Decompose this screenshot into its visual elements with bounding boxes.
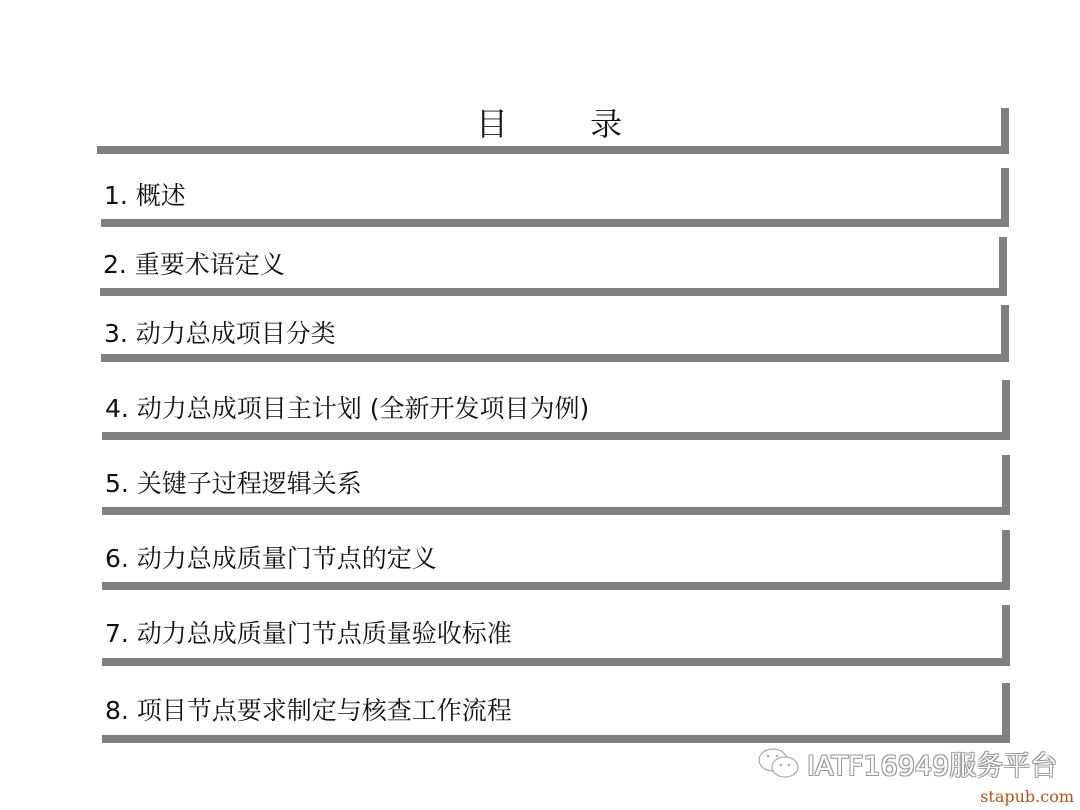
toc-item-1[interactable]: 1. 概述 [101,168,1009,227]
toc-item-label: 8. 项目节点要求制定与核查工作流程 [105,691,512,727]
toc-item-label: 6. 动力总成质量门节点的定义 [105,539,437,575]
toc-item-4[interactable]: 4. 动力总成项目主计划 (全新开发项目为例) [102,380,1010,440]
toc-item-2[interactable]: 2. 重要术语定义 [100,237,1007,296]
toc-item-label: 7. 动力总成质量门节点质量验收标准 [105,614,512,650]
toc-title-box: 目 录 [97,108,1009,154]
toc-title: 目 录 [97,106,1001,142]
toc-item-label: 5. 关键子过程逻辑关系 [105,464,362,500]
toc-item-label: 4. 动力总成项目主计划 (全新开发项目为例) [105,389,589,425]
site-watermark: stapub.com [980,787,1074,806]
toc-item-8[interactable]: 8. 项目节点要求制定与核查工作流程 [102,683,1010,743]
toc-item-label: 3. 动力总成项目分类 [104,314,336,350]
toc-item-6[interactable]: 6. 动力总成质量门节点的定义 [102,530,1010,590]
watermark: IATF16949服务平台 [757,744,1057,783]
toc-item-5[interactable]: 5. 关键子过程逻辑关系 [102,455,1010,515]
watermark-text: IATF16949服务平台 [807,744,1057,783]
toc-item-label: 2. 重要术语定义 [103,245,285,281]
toc-item-3[interactable]: 3. 动力总成项目分类 [101,305,1009,362]
wechat-icon [757,746,801,782]
toc-item-7[interactable]: 7. 动力总成质量门节点质量验收标准 [102,605,1010,666]
toc-item-label: 1. 概述 [104,176,186,212]
